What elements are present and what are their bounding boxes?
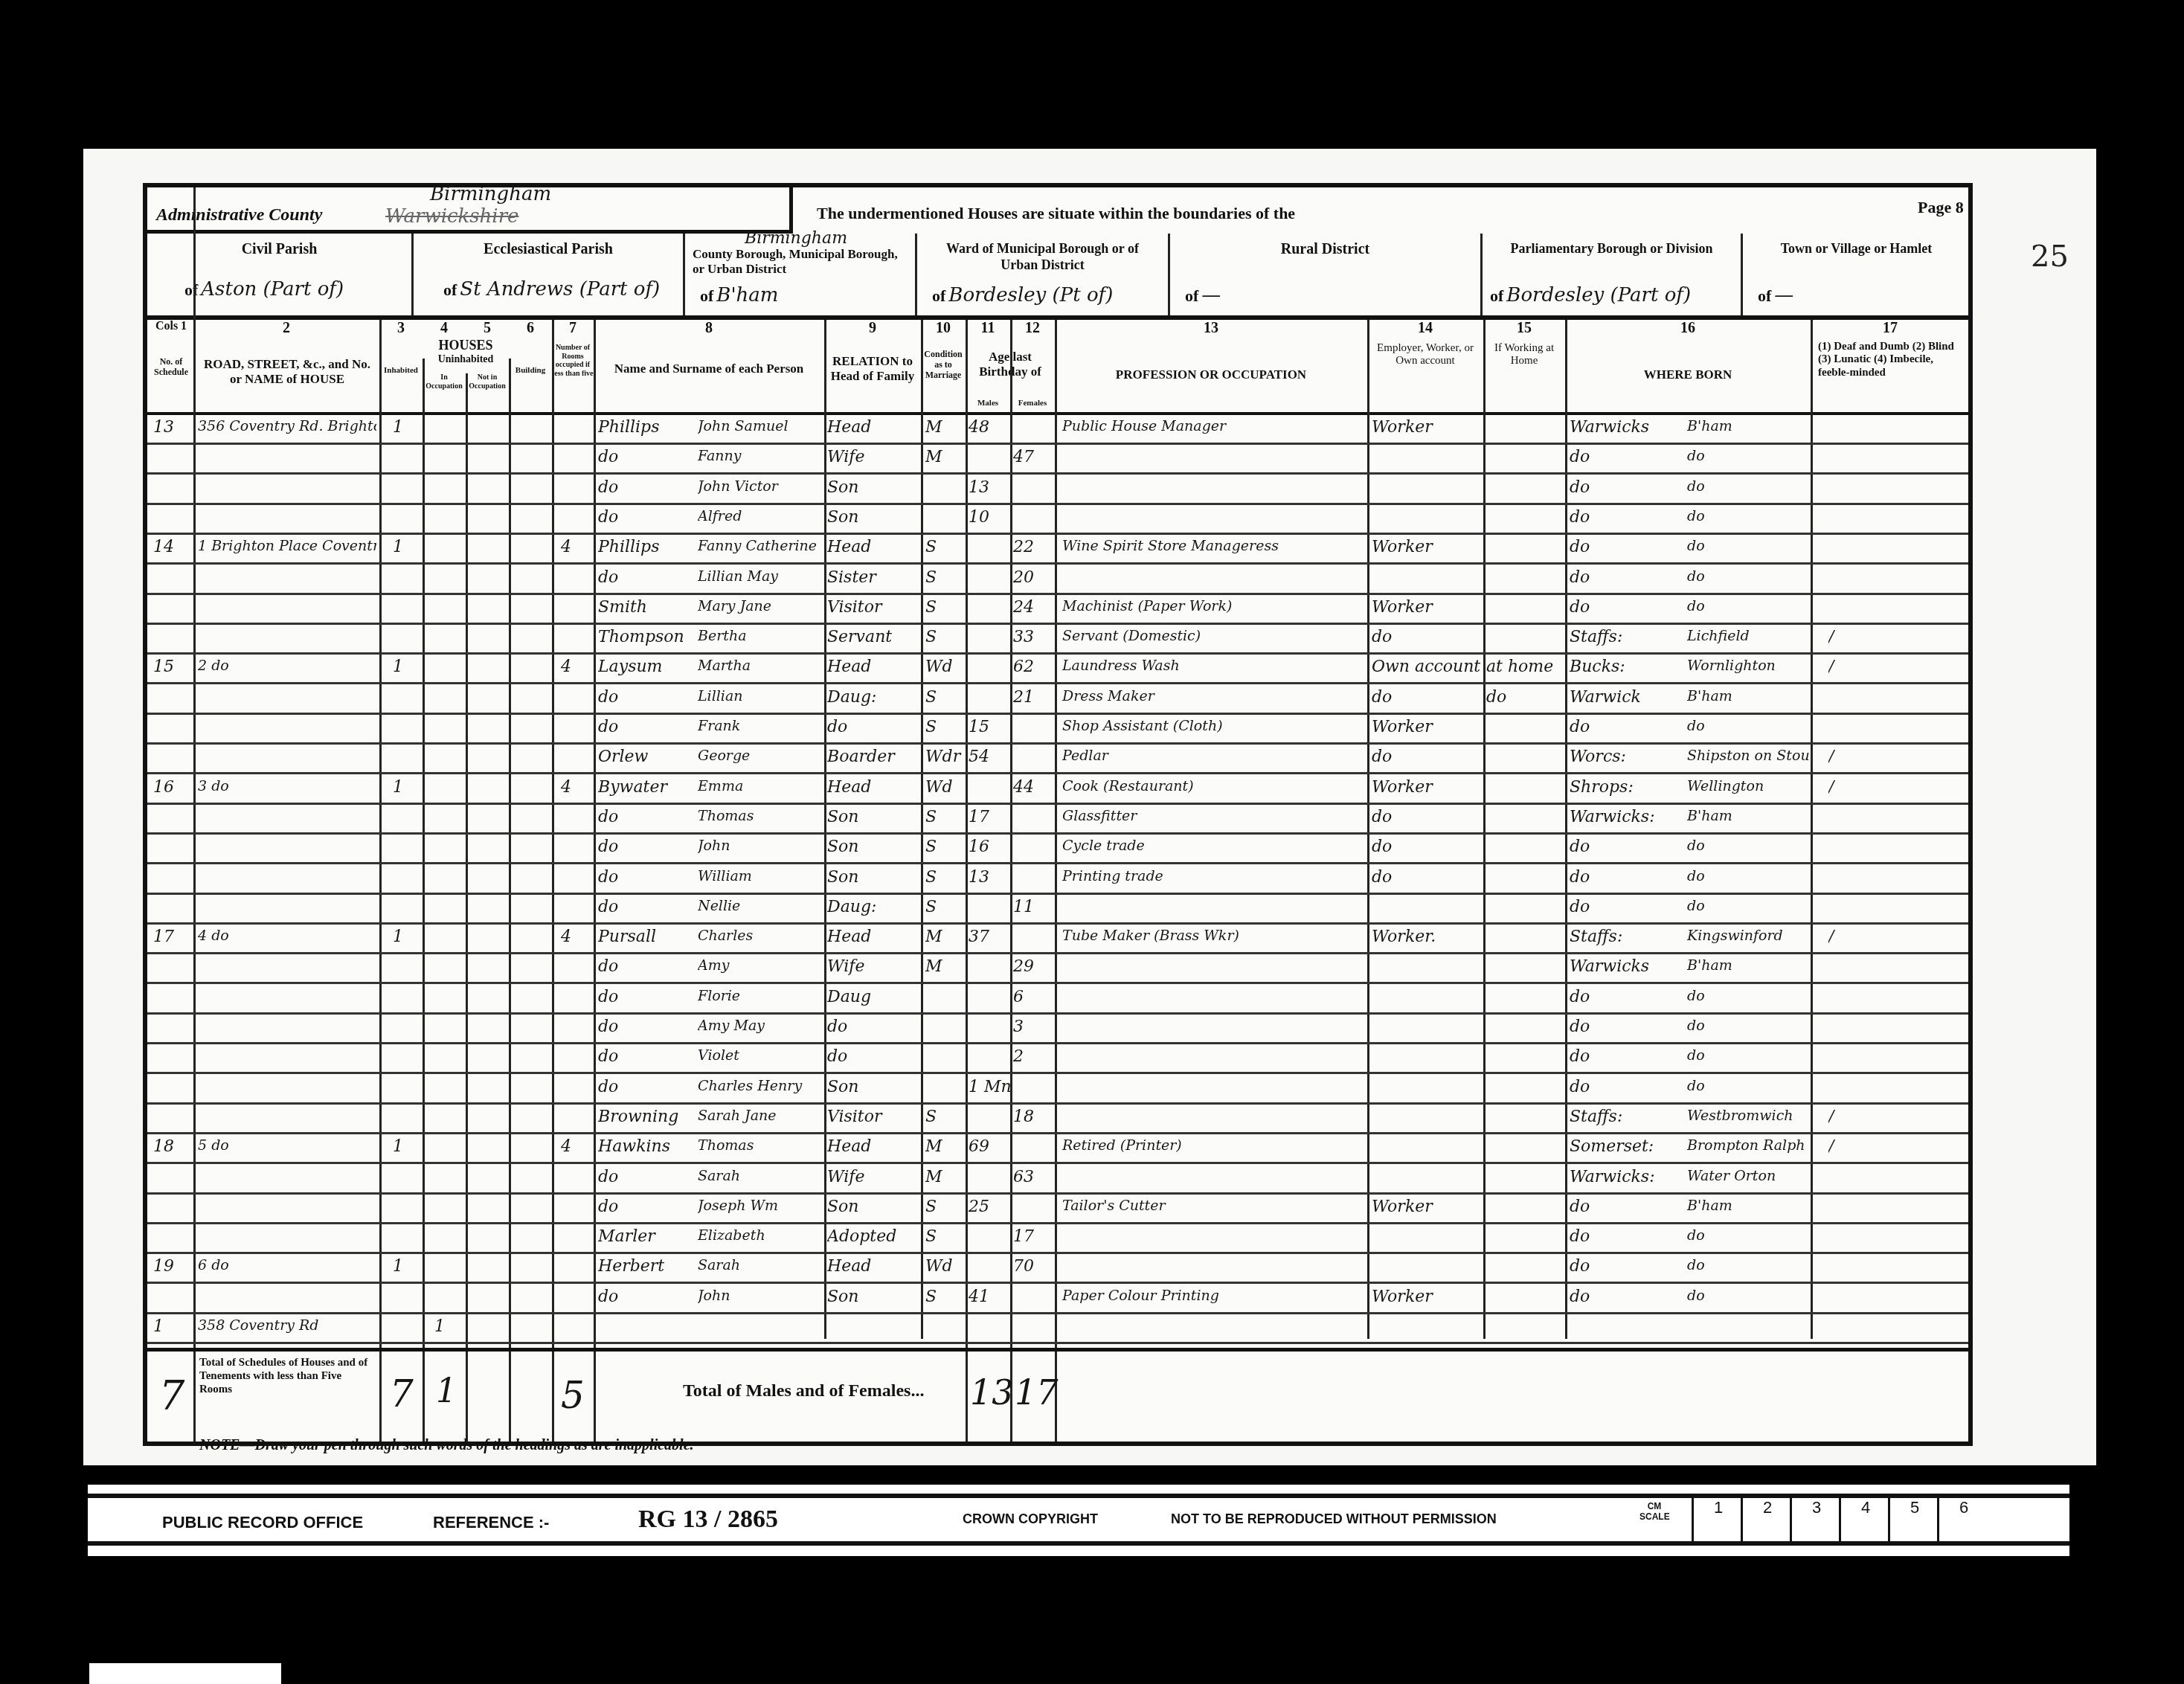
forename-cell: Martha — [698, 658, 823, 674]
relation-cell: Daug: — [827, 688, 919, 707]
schedule-cell: 18 — [153, 1137, 190, 1156]
col-relation: RELATION to Head of Family — [824, 354, 921, 383]
relation-cell: Wife — [827, 957, 919, 976]
county-borough-top: Birmingham — [745, 229, 847, 248]
surname-cell: do — [598, 568, 702, 587]
employer-cell: do — [1372, 688, 1482, 707]
census-form: Administrative County Warwickshire Birmi… — [143, 183, 1973, 1446]
born-county-cell: do — [1570, 1078, 1689, 1096]
col-num: 2 — [193, 320, 379, 337]
occupation-cell: Tube Maker (Brass Wkr) — [1062, 928, 1364, 944]
surname-cell: Hawkins — [598, 1137, 702, 1156]
folio-number: 25 — [2031, 240, 2069, 274]
male-age-cell: 1 Mnth — [969, 1078, 1010, 1096]
inhabited-cell: 1 — [393, 658, 415, 676]
footer-office: PUBLIC RECORD OFFICE — [162, 1513, 363, 1532]
table-row: 174 do14PursallCharlesHeadM37Tube Maker … — [147, 925, 1968, 954]
born-place-cell: Brompton Ralph — [1687, 1137, 1809, 1154]
occupation-cell: Public House Manager — [1062, 418, 1364, 434]
condition-cell: S — [925, 808, 964, 826]
condition-cell: M — [925, 1137, 964, 1156]
schedule-cell: 16 — [153, 778, 190, 797]
uninhabited-cell: 1 — [434, 1317, 457, 1336]
surname-cell: Bywater — [598, 778, 702, 797]
road-cell: 6 do — [198, 1257, 376, 1273]
condition-cell: Wdr — [925, 748, 964, 766]
born-county-cell: do — [1570, 508, 1689, 527]
col-num: 5 — [466, 320, 509, 337]
employer-cell: do — [1372, 808, 1482, 826]
relation-cell: Visitor — [827, 598, 919, 617]
rooms-cell: 4 — [561, 1137, 591, 1156]
born-place-cell: Kingswinford — [1687, 928, 1809, 944]
rural-district-label: Rural District — [1170, 241, 1480, 258]
col-uninhabited: Uninhabited — [423, 354, 509, 366]
born-county-cell: Staffs: — [1570, 928, 1689, 946]
admin-county-struck: Warwickshire — [385, 205, 519, 228]
of-label: of — [932, 286, 945, 305]
born-county-cell: do — [1570, 568, 1689, 587]
scale-mark: 3 — [1790, 1498, 1841, 1541]
born-county-cell: do — [1570, 1047, 1689, 1066]
male-age-cell: 17 — [969, 808, 1010, 826]
rooms-cell: 4 — [561, 538, 591, 556]
of-label: of — [700, 286, 713, 305]
born-place-cell: Lichfield — [1687, 628, 1809, 644]
rural-district-field: Rural District of — — [1170, 234, 1483, 315]
at-home-cell: at home — [1486, 658, 1564, 676]
forename-cell: Joseph Wm — [698, 1198, 823, 1214]
born-county-cell: do — [1570, 1288, 1689, 1306]
born-place-cell: B'ham — [1687, 688, 1809, 704]
employer-cell: do — [1372, 868, 1482, 887]
forename-cell: Bertha — [698, 628, 823, 644]
male-age-cell: 25 — [969, 1198, 1010, 1216]
surname-cell: do — [598, 1047, 702, 1066]
born-county-cell: do — [1570, 598, 1689, 617]
female-age-cell: 3 — [1013, 1018, 1055, 1036]
forename-cell: Thomas — [698, 808, 823, 824]
civil-parish-label: Civil Parish — [147, 241, 411, 258]
condition-cell: S — [925, 688, 964, 707]
born-place-cell: do — [1687, 838, 1809, 854]
condition-cell: Wd — [925, 1257, 964, 1276]
scale-mark: 1 — [1692, 1498, 1743, 1541]
males-females-label: Total of Males and of Females... — [683, 1381, 924, 1401]
surname-cell: Laysum — [598, 658, 702, 676]
occupation-cell: Dress Maker — [1062, 688, 1364, 704]
born-place-cell: do — [1687, 718, 1809, 734]
col-num: 16 — [1565, 320, 1811, 337]
forename-cell: Emma — [698, 778, 823, 794]
male-age-cell: 48 — [969, 418, 1010, 437]
condition-cell: Wd — [925, 658, 964, 676]
county-borough-label: County Borough, Municipal Borough, or Ur… — [693, 247, 908, 277]
condition-cell: M — [925, 448, 964, 466]
inhabited-cell: 1 — [393, 1137, 415, 1156]
female-age-cell: 63 — [1013, 1168, 1055, 1186]
parl-borough-field: Parliamentary Borough or Division of Bor… — [1483, 234, 1743, 315]
relation-cell: Adopted — [827, 1227, 919, 1246]
county-borough-field: Birmingham County Borough, Municipal Bor… — [685, 234, 917, 315]
total-females: 17 — [1015, 1372, 1059, 1413]
relation-cell: Wife — [827, 1168, 919, 1186]
relation-cell: Son — [827, 808, 919, 826]
employer-cell: Worker. — [1372, 928, 1482, 946]
surname-cell: Herbert — [598, 1257, 702, 1276]
infirmity-cell: / — [1828, 778, 1955, 797]
forename-cell: Fanny — [698, 448, 823, 464]
relation-cell: Head — [827, 928, 919, 946]
born-place-cell: B'ham — [1687, 1198, 1809, 1214]
condition-cell: S — [925, 1198, 964, 1216]
female-age-cell: 18 — [1013, 1108, 1055, 1126]
relation-cell: Head — [827, 778, 919, 797]
female-age-cell: 70 — [1013, 1257, 1055, 1276]
totals-row: 7 Total of Schedules of Houses and of Te… — [147, 1348, 1968, 1442]
born-place-cell: do — [1687, 868, 1809, 884]
forename-cell: Violet — [698, 1047, 823, 1064]
forename-cell: Amy — [698, 957, 823, 974]
born-place-cell: do — [1687, 478, 1809, 495]
forename-cell: John Victor — [698, 478, 823, 495]
col-employer: Employer, Worker, or Own account — [1367, 342, 1483, 368]
forename-cell: Frank — [698, 718, 823, 734]
col-born: WHERE BORN — [1565, 367, 1811, 382]
forename-cell: Elizabeth — [698, 1227, 823, 1244]
female-age-cell: 22 — [1013, 538, 1055, 556]
female-age-cell: 11 — [1013, 898, 1055, 916]
civil-parish-field: Civil Parish of Aston (Part of) — [147, 234, 414, 315]
col-not-in-occupation: Not in Occupation — [466, 373, 509, 391]
table-row: 196 do1HerbertSarahHeadWd70dodo — [147, 1254, 1968, 1284]
male-age-cell: 10 — [969, 508, 1010, 527]
surname-cell: do — [598, 868, 702, 887]
surname-cell: do — [598, 808, 702, 826]
total-males: 13 — [970, 1372, 1014, 1413]
col-rooms: Number of Rooms occupied if less than fi… — [552, 344, 594, 378]
footer-reference: RG 13 / 2865 — [638, 1505, 778, 1534]
condition-cell: S — [925, 1288, 964, 1306]
employer-cell: do — [1372, 748, 1482, 766]
table-row: doJoseph WmSonS25Tailor's CutterWorkerdo… — [147, 1195, 1968, 1224]
relation-cell: do — [827, 1047, 919, 1066]
condition-cell: S — [925, 568, 964, 587]
col-num: 11 — [966, 320, 1010, 337]
table-row: doWilliamSonS13Printing tradedododo — [147, 865, 1968, 895]
footer-band: PUBLIC RECORD OFFICE REFERENCE :- RG 13 … — [88, 1494, 2069, 1546]
born-place-cell: do — [1687, 1227, 1809, 1244]
of-label: of — [184, 280, 198, 299]
table-row: 13356 Coventry Rd. Brighton Ho Terrace1P… — [147, 415, 1968, 445]
col-num: 7 — [552, 320, 594, 337]
scale-mark: 6 — [1937, 1498, 1988, 1541]
admin-county-value: Birmingham — [430, 183, 551, 205]
col-num: 9 — [824, 320, 921, 337]
relation-cell: Son — [827, 508, 919, 527]
forename-cell: Sarah Jane — [698, 1108, 823, 1124]
relation-cell: Son — [827, 838, 919, 856]
scale-mark: 5 — [1888, 1498, 1939, 1541]
born-place-cell: do — [1687, 1078, 1809, 1094]
inhabited-cell: 1 — [393, 538, 415, 556]
occupation-cell: Wine Spirit Store Manageress — [1062, 538, 1364, 554]
table-row: doLillianDaug:S21Dress MakerdodoWarwickB… — [147, 685, 1968, 715]
ward-label: Ward of Municipal Borough or of Urban Di… — [917, 241, 1168, 273]
forename-cell: John — [698, 1288, 823, 1304]
at-home-cell: do — [1486, 688, 1564, 707]
forename-cell: Amy May — [698, 1018, 823, 1034]
born-county-cell: do — [1570, 1257, 1689, 1276]
footer: PUBLIC RECORD OFFICE REFERENCE :- RG 13 … — [88, 1485, 2069, 1556]
born-county-cell: do — [1570, 898, 1689, 916]
female-age-cell: 44 — [1013, 778, 1055, 797]
condition-cell: S — [925, 1227, 964, 1246]
parl-borough-label: Parliamentary Borough or Division — [1483, 241, 1741, 257]
surname-cell: do — [598, 1198, 702, 1216]
born-place-cell: Water Orton — [1687, 1168, 1809, 1184]
occupation-cell: Retired (Printer) — [1062, 1137, 1364, 1154]
town-label: Town or Village or Hamlet — [1743, 241, 1970, 257]
table-row: BrowningSarah JaneVisitorS18Staffs:Westb… — [147, 1105, 1968, 1134]
born-place-cell: do — [1687, 988, 1809, 1004]
table-row: doLillian MaySisterS20dodo — [147, 565, 1968, 595]
female-age-cell: 6 — [1013, 988, 1055, 1006]
male-age-cell: 54 — [969, 748, 1010, 766]
relation-cell: Wife — [827, 448, 919, 466]
scale-mark: 2 — [1741, 1498, 1792, 1541]
of-label: of — [1758, 286, 1771, 305]
born-county-cell: do — [1570, 538, 1689, 556]
born-county-cell: do — [1570, 1198, 1689, 1216]
born-county-cell: do — [1570, 988, 1689, 1006]
table-row: doAlfredSon10dodo — [147, 505, 1968, 535]
relation-cell: Daug: — [827, 898, 919, 916]
employer-cell: Worker — [1372, 1198, 1482, 1216]
occupation-cell: Tailor's Cutter — [1062, 1198, 1364, 1214]
born-place-cell: Wellington — [1687, 778, 1809, 794]
road-cell: 358 Coventry Rd — [198, 1317, 376, 1334]
col-in-occupation: In Occupation — [423, 373, 466, 391]
born-county-cell: Warwicks: — [1570, 1168, 1689, 1186]
table-row: doJohn VictorSon13dodo — [147, 475, 1968, 505]
born-place-cell: B'ham — [1687, 418, 1809, 434]
relation-cell: Head — [827, 658, 919, 676]
rooms-cell: 4 — [561, 928, 591, 946]
infirmity-cell: / — [1828, 748, 1955, 766]
forename-cell: George — [698, 748, 823, 764]
male-age-cell: 37 — [969, 928, 1010, 946]
born-county-cell: Staffs: — [1570, 1108, 1689, 1126]
born-county-cell: do — [1570, 718, 1689, 736]
occupation-cell: Laundress Wash — [1062, 658, 1364, 674]
employer-cell: Own account — [1372, 658, 1482, 676]
table-row: doNellieDaug:S11dodo — [147, 895, 1968, 925]
schedule-cell: 13 — [153, 418, 190, 437]
total-inhabited: 7 — [390, 1372, 414, 1415]
employer-cell: Worker — [1372, 778, 1482, 797]
female-age-cell: 17 — [1013, 1227, 1055, 1246]
forename-cell: Sarah — [698, 1168, 823, 1184]
born-county-cell: do — [1570, 868, 1689, 887]
forename-cell: Fanny Catherine — [698, 538, 823, 554]
rooms-cell: 4 — [561, 778, 591, 797]
born-county-cell: Bucks: — [1570, 658, 1689, 676]
eccl-parish-label: Ecclesiastical Parish — [414, 241, 683, 258]
admin-county-box: Administrative County Warwickshire Birmi… — [147, 187, 793, 234]
occupation-cell: Servant (Domestic) — [1062, 628, 1364, 644]
col-occupation: PROFESSION OR OCCUPATION — [1055, 367, 1367, 382]
occupation-cell: Paper Colour Printing — [1062, 1288, 1364, 1304]
relation-cell: Head — [827, 538, 919, 556]
inhabited-cell: 1 — [393, 418, 415, 437]
col-num: 6 — [509, 320, 552, 337]
col-road: ROAD, STREET, &c., and No. or NAME of HO… — [196, 357, 378, 386]
relation-cell: Son — [827, 1198, 919, 1216]
relation-cell: Son — [827, 868, 919, 887]
table-row: doVioletdo2dodo — [147, 1044, 1968, 1074]
total-rooms: 5 — [561, 1374, 585, 1417]
relation-cell: Son — [827, 478, 919, 497]
col-building: Building — [509, 366, 552, 376]
image-tag — [89, 1663, 281, 1684]
born-place-cell: do — [1687, 898, 1809, 914]
surname-cell: do — [598, 988, 702, 1006]
born-place-cell: do — [1687, 598, 1809, 614]
occupation-cell: Cook (Restaurant) — [1062, 778, 1364, 794]
col-num: 3 — [379, 320, 423, 337]
table-row: doFlorieDaug6dodo — [147, 985, 1968, 1015]
occupation-cell: Glassfitter — [1062, 808, 1364, 824]
footer-reference-label: REFERENCE :- — [433, 1513, 549, 1532]
rooms-cell: 4 — [561, 658, 591, 676]
schedule-cell: 17 — [153, 928, 190, 946]
eccl-parish-field: Ecclesiastical Parish of St Andrews (Par… — [414, 234, 685, 315]
occupation-cell: Printing trade — [1062, 868, 1364, 884]
table-row: doJohnSonS16Cycle tradedododo — [147, 835, 1968, 864]
infirmity-cell: / — [1828, 1137, 1955, 1156]
condition-cell: M — [925, 928, 964, 946]
of-label: of — [443, 280, 457, 299]
forename-cell: John Samuel — [698, 418, 823, 434]
table-row: MarlerElizabethAdoptedS17dodo — [147, 1224, 1968, 1254]
surname-cell: do — [598, 1168, 702, 1186]
col-at-home: If Working at Home — [1483, 342, 1565, 368]
forename-cell: John — [698, 838, 823, 854]
col-name: Name and Surname of each Person — [608, 361, 809, 376]
relation-cell: Son — [827, 1288, 919, 1306]
surname-cell: do — [598, 898, 702, 916]
schedule-cell: 19 — [153, 1257, 190, 1276]
surname-cell: do — [598, 1078, 702, 1096]
surname-cell: Smith — [598, 598, 702, 617]
table-row: doFannyWifeM47dodo — [147, 445, 1968, 475]
surname-cell: do — [598, 478, 702, 497]
infirmity-cell: / — [1828, 628, 1955, 646]
born-county-cell: Somerset: — [1570, 1137, 1689, 1156]
occupation-cell: Cycle trade — [1062, 838, 1364, 854]
surname-cell: Phillips — [598, 538, 702, 556]
female-age-cell: 24 — [1013, 598, 1055, 617]
relation-cell: Daug — [827, 988, 919, 1006]
table-row: 152 do14LaysumMarthaHeadWd62Laundress Wa… — [147, 655, 1968, 684]
surname-cell: Phillips — [598, 418, 702, 437]
born-county-cell: do — [1570, 1227, 1689, 1246]
header-fields: Civil Parish of Aston (Part of) Ecclesia… — [147, 234, 1968, 315]
col-schedule: No. of Schedule — [149, 357, 193, 378]
born-place-cell: do — [1687, 568, 1809, 585]
col-num: 10 — [921, 320, 966, 337]
born-county-cell: Warwick — [1570, 688, 1689, 707]
parl-borough-value: Bordesley (Part of) — [1506, 284, 1691, 306]
born-county-cell: do — [1570, 448, 1689, 466]
born-place-cell: Shipston on Stour — [1687, 748, 1809, 764]
male-age-cell: 16 — [969, 838, 1010, 856]
table-row: ThompsonBerthaServantS33Servant (Domesti… — [147, 625, 1968, 655]
born-place-cell: do — [1687, 448, 1809, 464]
employer-cell: Worker — [1372, 1288, 1482, 1306]
surname-cell: Pursall — [598, 928, 702, 946]
relation-cell: do — [827, 718, 919, 736]
col-num: 14 — [1367, 320, 1483, 337]
scale-mark: 4 — [1839, 1498, 1890, 1541]
relation-cell: Head — [827, 1257, 919, 1276]
condition-cell: S — [925, 898, 964, 916]
employer-cell: do — [1372, 628, 1482, 646]
table-row: doAmyWifeM29WarwicksB'ham — [147, 954, 1968, 984]
born-county-cell: do — [1570, 838, 1689, 856]
road-cell: 1 Brighton Place Coventry Road — [198, 538, 376, 554]
note-text: NOTE—Draw your pen through such words of… — [199, 1437, 694, 1454]
town-field: Town or Village or Hamlet of — — [1743, 234, 1970, 315]
employer-cell: Worker — [1372, 598, 1482, 617]
of-label: of — [1185, 286, 1198, 305]
infirmity-cell: / — [1828, 1108, 1955, 1126]
table-row: doJohnSonS41Paper Colour PrintingWorkerd… — [147, 1285, 1968, 1314]
occupation-cell: Shop Assistant (Cloth) — [1062, 718, 1364, 734]
col-females: Females — [1010, 399, 1055, 408]
occupation-cell: Machinist (Paper Work) — [1062, 598, 1364, 614]
col-num: 4 — [423, 320, 466, 337]
col-houses: HOUSES — [379, 338, 552, 353]
born-place-cell: do — [1687, 508, 1809, 524]
inhabited-cell: 1 — [393, 1257, 415, 1276]
col-num: 8 — [594, 320, 824, 337]
table-row: doSarahWifeM63Warwicks:Water Orton — [147, 1165, 1968, 1195]
ward-value: Bordesley (Pt of) — [948, 284, 1113, 306]
of-label: of — [1490, 286, 1503, 305]
forename-cell: Charles — [698, 928, 823, 944]
schedule-cell: 1 — [153, 1317, 190, 1336]
page-label: Page 8 — [1918, 198, 1964, 217]
male-age-cell: 41 — [969, 1288, 1010, 1306]
born-county-cell: Warwicks — [1570, 957, 1689, 976]
born-county-cell: Shrops: — [1570, 778, 1689, 797]
born-county-cell: Warwicks: — [1570, 808, 1689, 826]
born-county-cell: do — [1570, 478, 1689, 497]
col-num: 15 — [1483, 320, 1565, 337]
born-place-cell: do — [1687, 1288, 1809, 1304]
condition-cell: M — [925, 418, 964, 437]
surname-cell: Marler — [598, 1227, 702, 1246]
forename-cell: Sarah — [698, 1257, 823, 1273]
col-num: 17 — [1811, 320, 1970, 337]
forename-cell: Alfred — [698, 508, 823, 524]
forename-cell: Thomas — [698, 1137, 823, 1154]
totals-label: Total of Schedules of Houses and of Tene… — [199, 1356, 375, 1396]
infirmity-cell: / — [1828, 928, 1955, 946]
female-age-cell: 29 — [1013, 957, 1055, 976]
